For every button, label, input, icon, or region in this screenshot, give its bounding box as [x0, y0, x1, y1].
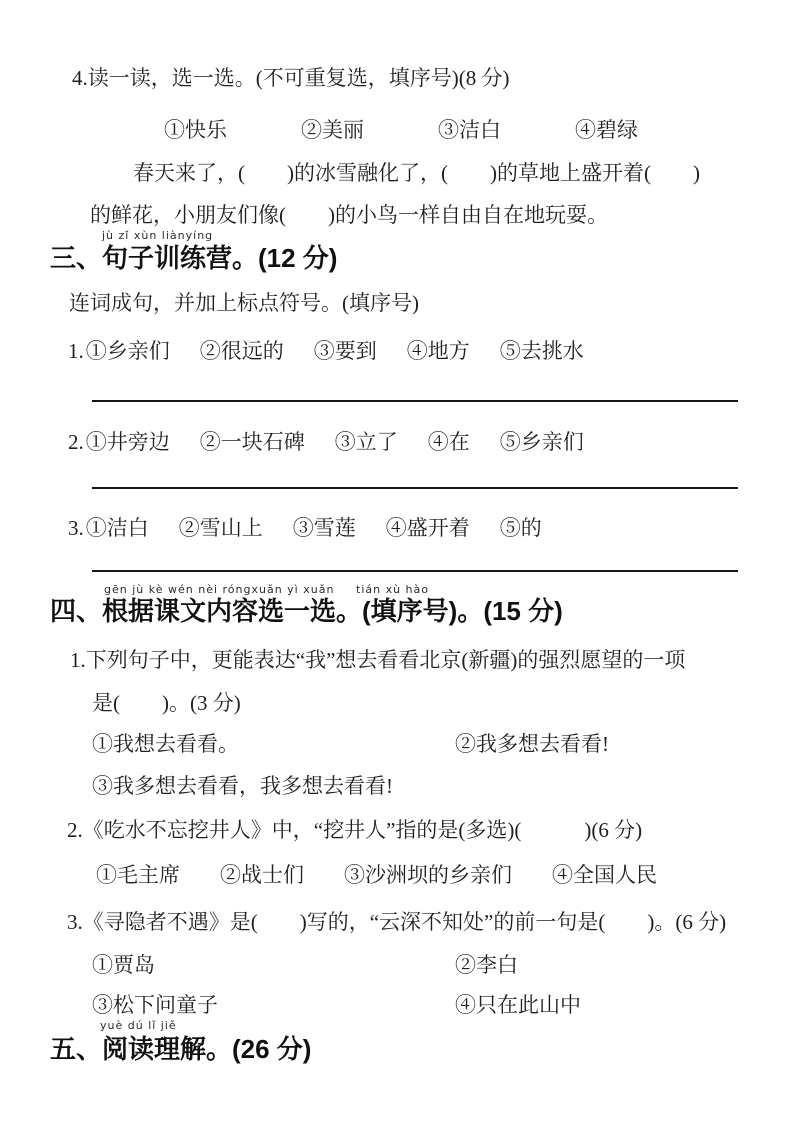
word-option: ⑤的	[500, 514, 542, 542]
answer-line-1	[92, 400, 738, 402]
item-number: 1.	[68, 337, 84, 365]
word-option: ④盛开着	[386, 514, 470, 542]
section-3-instruction: 连词成句，并加上标点符号。(填序号)	[69, 289, 419, 317]
sentence-item-2: 2. ①井旁边 ②一块石碑 ③立了 ④在 ⑤乡亲们	[68, 428, 584, 456]
question-4-options-row: ①快乐 ②美丽 ③洁白 ④碧绿	[160, 116, 638, 144]
q2-options-row: ①毛主席 ②战士们 ③沙洲坝的乡亲们 ④全国人民	[92, 861, 657, 889]
q3-line-1: 3.《寻隐者不遇》是( )写的，“云深不知处”的前一句是( )。(6 分)	[67, 908, 726, 936]
answer-line-2	[92, 487, 738, 489]
item-number: 3.	[68, 514, 84, 542]
option-item: ③洁白	[438, 116, 501, 144]
word-option: ③雪莲	[293, 514, 356, 542]
section-3-heading: 三、句子训练营。(12 分)	[50, 242, 337, 274]
q1-line-2: 是( )。(3 分)	[92, 689, 241, 717]
q3-option-1: ①贾岛	[92, 951, 155, 979]
word-option: ②一块石碑	[200, 428, 305, 456]
option-item: ①毛主席	[96, 861, 180, 889]
q3-option-4: ④只在此山中	[455, 991, 581, 1019]
answer-line-3	[92, 570, 738, 572]
q1-option-1: ①我想去看看。	[92, 730, 239, 758]
q1-option-2: ②我多想去看看!	[455, 730, 609, 758]
option-item: ③沙洲坝的乡亲们	[344, 861, 512, 889]
word-option: ①井旁边	[86, 428, 170, 456]
word-option: ④地方	[407, 337, 470, 365]
exam-paper-page: 4.读一读，选一选。(不可重复选，填序号)(8 分) ①快乐 ②美丽 ③洁白 ④…	[0, 0, 793, 1122]
sentence-item-1: 1. ①乡亲们 ②很远的 ③要到 ④地方 ⑤去挑水	[68, 337, 584, 365]
word-option: ⑤去挑水	[500, 337, 584, 365]
word-option: ⑤乡亲们	[500, 428, 584, 456]
passage-line-1: 春天来了，( )的冰雪融化了，( )的草地上盛开着( )	[133, 159, 700, 187]
section-3-pinyin: jù zǐ xùn liànyíng	[102, 230, 213, 242]
q3-option-3: ③松下问童子	[92, 991, 218, 1019]
q2-line-1: 2.《吃水不忘挖井人》中，“挖井人”指的是(多选)( )(6 分)	[67, 816, 642, 844]
sentence-item-3: 3. ①洁白 ②雪山上 ③雪莲 ④盛开着 ⑤的	[68, 514, 542, 542]
section-5-heading: 五、阅读理解。(26 分)	[50, 1033, 311, 1065]
word-option: ①乡亲们	[86, 337, 170, 365]
passage-line-2: 的鲜花，小朋友们像( )的小鸟一样自由自在地玩耍。	[90, 201, 608, 229]
word-option: ④在	[428, 428, 470, 456]
option-item: ④碧绿	[575, 116, 638, 144]
q1-line-1: 1.下列句子中，更能表达“我”想去看看北京(新疆)的强烈愿望的一项	[70, 646, 685, 674]
word-option: ③要到	[314, 337, 377, 365]
q1-option-3: ③我多想去看看，我多想去看看!	[92, 772, 393, 800]
section-5-pinyin: yuè dú lǐ jiě	[100, 1020, 177, 1032]
word-option: ③立了	[335, 428, 398, 456]
option-item: ④全国人民	[552, 861, 657, 889]
q3-option-2: ②李白	[455, 951, 518, 979]
section-4-heading: 四、根据课文内容选一选。(填序号)。(15 分)	[50, 595, 563, 627]
word-option: ②很远的	[200, 337, 284, 365]
option-item: ②战士们	[220, 861, 304, 889]
question-4-prompt: 4.读一读，选一选。(不可重复选，填序号)(8 分)	[72, 64, 509, 92]
option-item: ②美丽	[301, 116, 364, 144]
word-option: ②雪山上	[179, 514, 263, 542]
option-item: ①快乐	[164, 116, 227, 144]
word-option: ①洁白	[86, 514, 149, 542]
item-number: 2.	[68, 428, 84, 456]
